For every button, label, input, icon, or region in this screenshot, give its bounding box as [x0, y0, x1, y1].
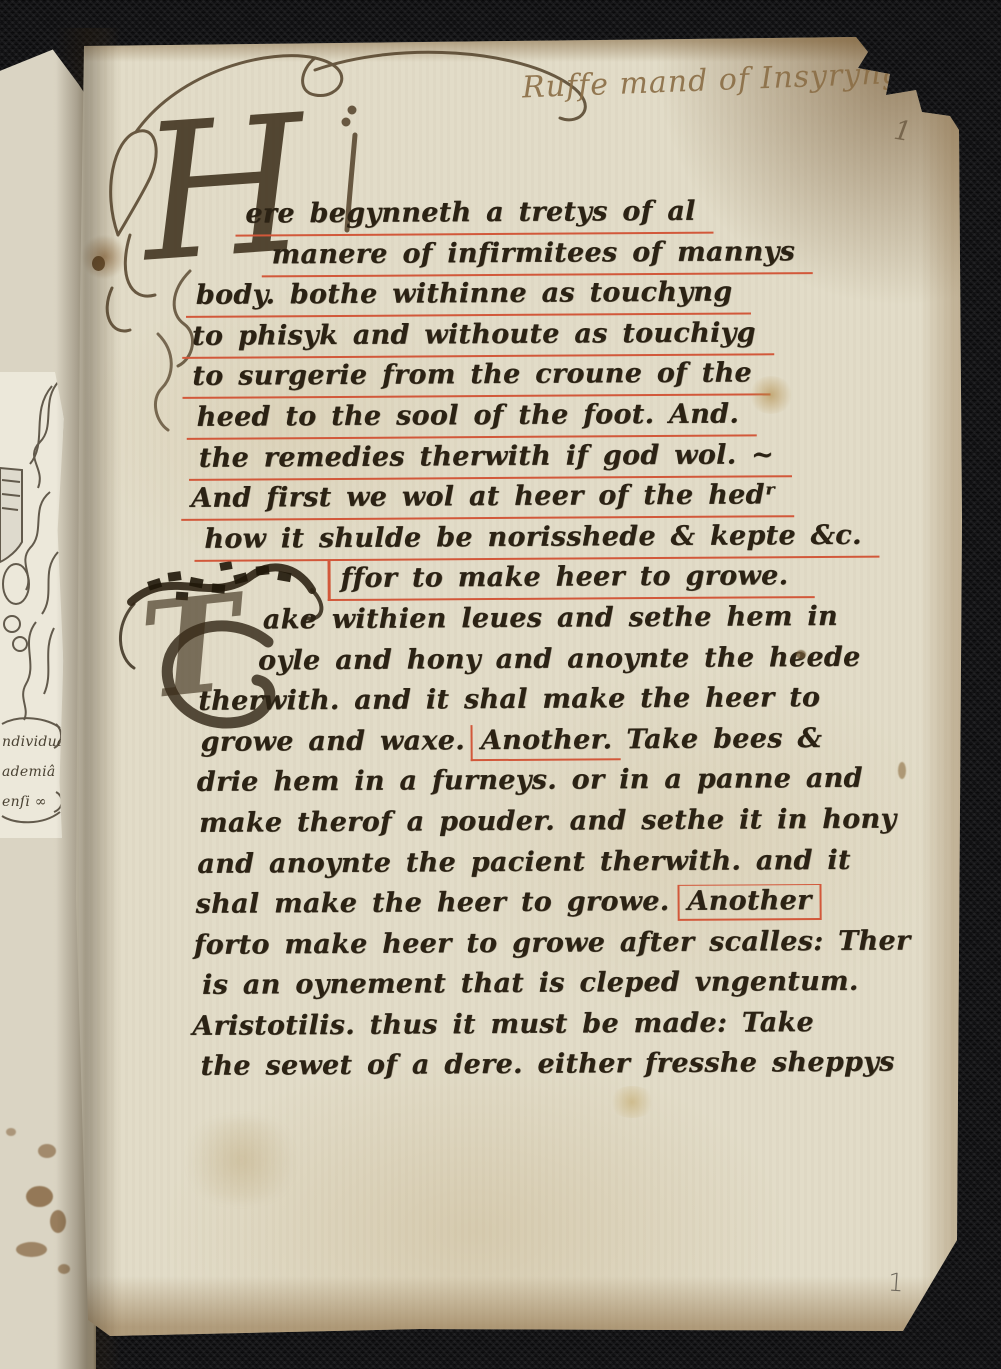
text-line: and anoynte the pacient therwith. and it [197, 843, 869, 888]
line-text: how it shulde be norisshede & kepte &c. [194, 519, 880, 561]
text-line: oyle and hony and anoynte the heede [258, 640, 868, 684]
line-text: drie hem in a furneys. or in a panne and [197, 763, 863, 798]
text-line: to surgerie from the croune of the [192, 356, 866, 401]
folio-number-pencil: 1 [887, 1267, 905, 1297]
stain [26, 1186, 53, 1207]
text-line: forto make heer to growe after scalles: … [194, 924, 870, 969]
rubric-line: ffor to make heer to growe. [328, 559, 868, 603]
text-line: shal make the heer to growe.Another [195, 884, 869, 929]
line-text: ake withien leues and sethe hem in [263, 601, 838, 636]
another-heading: Another [677, 884, 821, 921]
text-line: make therof a pouder. and sethe it in ho… [199, 803, 869, 848]
line-text: to surgerie from the croune of the [182, 358, 770, 400]
text-line: to phisyk and withoute as touchiyg [192, 316, 866, 361]
text-line: the remedies therwith if god wol. ~ [199, 437, 867, 482]
line-text: to phisyk and withoute as touchiyg [182, 317, 774, 359]
line-text: the sewet of a dere. either fresshe shep… [200, 1047, 894, 1082]
stain [16, 1242, 47, 1257]
line-text: ere begynneth a tretys of al [235, 196, 713, 237]
line-text: growe and waxe. [201, 725, 465, 758]
stain [608, 1086, 656, 1118]
stain [38, 1144, 56, 1158]
text-line: And first we wol at heer of the hedʳ [191, 478, 867, 523]
text-line: manere of infirmitees of mannys [272, 234, 866, 278]
stain [58, 1264, 70, 1274]
stain [80, 236, 128, 278]
manuscript-page: Ruffe mand of Insyryng 1 1 H [76, 36, 962, 1336]
text-line: is an oynement that is cleped vngentum. [202, 965, 870, 1010]
text-line: growe and waxe.Another.Take bees & [201, 721, 869, 766]
text-line: ake withien leues and sethe hem in [263, 600, 868, 644]
rubric-heading: ffor to make heer to growe. [328, 558, 815, 601]
text-block: ere begynneth a tretys of al manere of i… [125, 194, 870, 1092]
line-text: is an oynement that is cleped vngentum. [202, 966, 859, 1001]
stain [50, 1210, 66, 1233]
text-line: therwith. and it shal make the heer to [198, 681, 868, 726]
line-text: and anoynte the pacient therwith. and it [197, 844, 851, 879]
line-text: heed to the sool of the foot. And. [187, 398, 758, 439]
wormhole [92, 256, 105, 271]
text-line: ere begynneth a tretys of al [245, 194, 865, 238]
line-text: forto make heer to growe after scalles: … [194, 925, 911, 960]
text-line: the sewet of a dere. either fresshe shep… [200, 1046, 870, 1091]
line-text: Aristotilis. thus it must be made: Take [192, 1007, 814, 1042]
line-text: shal make the heer to growe. [195, 886, 669, 920]
text-line: heed to the sool of the foot. And. [197, 397, 867, 442]
stain [176, 1118, 306, 1202]
line-text: body. bothe withinne as touchyng [186, 277, 751, 318]
owner-inscription: Ruffe mand of Insyryng [521, 54, 962, 106]
stain [898, 762, 906, 779]
ink-spot [860, 38, 870, 47]
line-text: Take bees & [626, 723, 822, 755]
line-text: the remedies therwith if god wol. ~ [189, 439, 792, 481]
line-text: make therof a pouder. and sethe it in ho… [199, 803, 897, 838]
text-line: how it shulde be norisshede & kepte &c. [204, 518, 867, 563]
photograph-background-cloth: ndividuæ ademiâ enſi ∞ Ruffe mand of Ins… [0, 0, 1001, 1369]
another-heading: Another. [471, 724, 621, 761]
stain [6, 1128, 16, 1136]
ink-spot [896, 50, 913, 65]
text-line: body. bothe withinne as touchyng [196, 275, 866, 320]
line-text: And first we wol at heer of the hedʳ [181, 479, 794, 521]
text-line: drie hem in a furneys. or in a panne and [197, 762, 869, 807]
line-text: oyle and hony and anoynte the heede [258, 641, 861, 676]
line-text: manere of infirmitees of mannys [262, 236, 814, 277]
folio-number-ink: 1 [892, 115, 914, 148]
line-text: therwith. and it shal make the heer to [198, 682, 820, 717]
text-line: Aristotilis. thus it must be made: Take [192, 1006, 870, 1051]
armorial-bookplate: ndividuæ ademiâ enſi ∞ [0, 372, 64, 838]
